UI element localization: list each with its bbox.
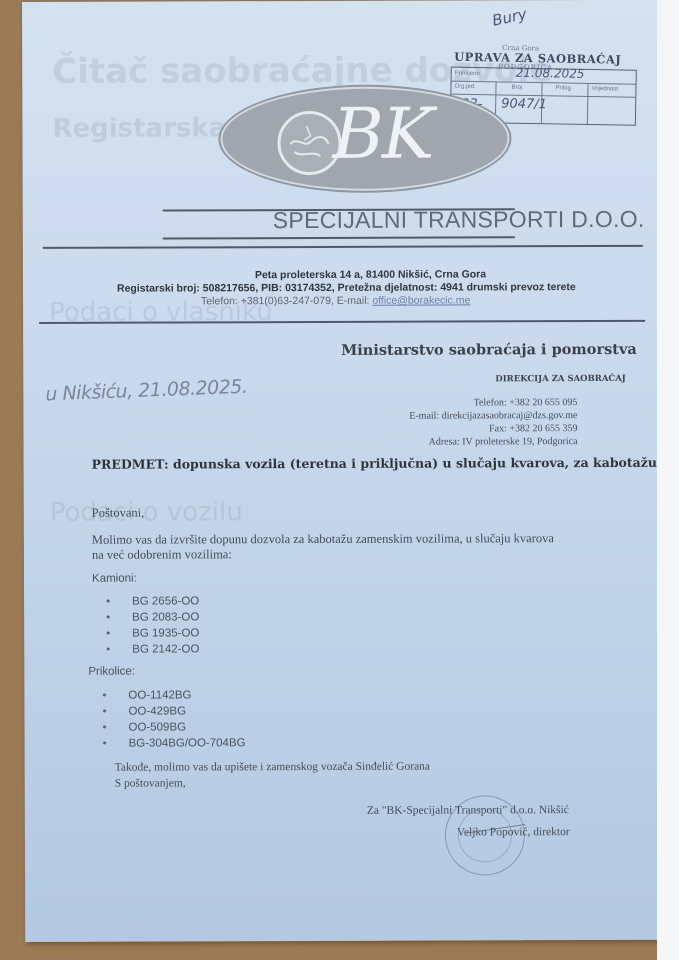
company-contact: Telefon: +381(0)63-247-079, E-mail: offi…: [201, 294, 470, 307]
recipient-ministry: Ministarstvo saobraćaja i pomorstva: [341, 341, 637, 359]
trailer-plate: OO-1142BG: [102, 687, 245, 703]
body-line-2: na već odobrenim vozilima:: [92, 547, 232, 562]
trailers-list: OO-1142BG OO-429BG OO-509BG BG-304BG/OO-…: [102, 687, 245, 751]
bleedthrough-subtitle: Registarska: [52, 113, 226, 144]
stamp-label-number: Broj: [511, 85, 522, 91]
additional-driver-request: Takođe, molimo vas da upišete i zamensko…: [115, 761, 430, 774]
recipient-fax: Fax: +382 20 655 359: [489, 423, 577, 434]
trucks-list: BG 2656-OO BG 2083-OO BG 1935-OO BG 2142…: [106, 593, 199, 657]
company-name: SPECIJALNI TRANSPORTI D.O.O.: [273, 206, 645, 234]
logo-letters: BK: [332, 93, 432, 175]
company-registration: Registarski broj: 508217656, PIB: 031743…: [117, 281, 576, 295]
signatory-company: Za "BK-Specijalni Transporti" d.o.o. Nik…: [367, 804, 569, 817]
recipient-email: E-mail: direkcijazasaobracaj@dzs.gov.me: [409, 410, 577, 422]
trucks-label: Kamioni:: [92, 573, 137, 585]
stamp-label-attachment: Prilog: [555, 85, 570, 91]
company-logo: BK: [220, 86, 509, 191]
truck-plate: BG 1935-OO: [106, 625, 199, 641]
greeting: Poštovani,: [92, 506, 144, 521]
stamp-label-org-unit: Org.jed.: [454, 84, 475, 90]
recipient-phone: Telefon: +382 20 655 095: [474, 397, 578, 408]
stamp-received-date: 21.08.2025: [516, 66, 585, 81]
trailer-plate: OO-429BG: [102, 703, 245, 719]
trailer-plate: OO-509BG: [103, 719, 246, 735]
trailers-label: Prikolice:: [88, 666, 135, 678]
truck-plate: BG 2656-OO: [106, 593, 199, 609]
truck-plate: BG 2142-OO: [106, 641, 199, 657]
body-line-1: Molimo vas da izvršite dopunu dozvola za…: [92, 531, 554, 548]
stamp-initials: Bury: [491, 5, 529, 30]
company-address: Peta proleterska 14 a, 81400 Nikšić, Crn…: [255, 268, 486, 281]
scan-margin: [657, 0, 679, 960]
trailer-plate: BG-304BG/OO-704BG: [103, 735, 246, 751]
scanned-letter-page: Čitač saobraćajne dozvole Registarska Po…: [22, 0, 665, 942]
bleedthrough-vehicle-section: Podaci o vozilu: [50, 497, 243, 528]
stamp-label-received: Primljeno: [455, 71, 480, 77]
company-phone: Telefon: +381(0)63-247-079, E-mail:: [201, 295, 372, 308]
recipient-address: Adresa: IV proleterske 19, Podgorica: [429, 436, 578, 448]
truck-plate: BG 2083-OO: [106, 609, 199, 625]
handwritten-place-date: u Nikšiću, 21.08.2025.: [45, 376, 248, 406]
company-email-link[interactable]: office@borakecic.me: [372, 294, 470, 306]
stamp-label-value: Vrijednost: [591, 86, 618, 92]
letter-subject: PREDMET: dopunska vozila (teretna i prik…: [92, 455, 657, 472]
recipient-directorate: DIREKCIJA ZA SAOBRAĆAJ: [495, 374, 626, 384]
stamp-number-value: 9047/1: [501, 96, 547, 112]
closing-salutation: S poštovanjem,: [115, 777, 186, 789]
